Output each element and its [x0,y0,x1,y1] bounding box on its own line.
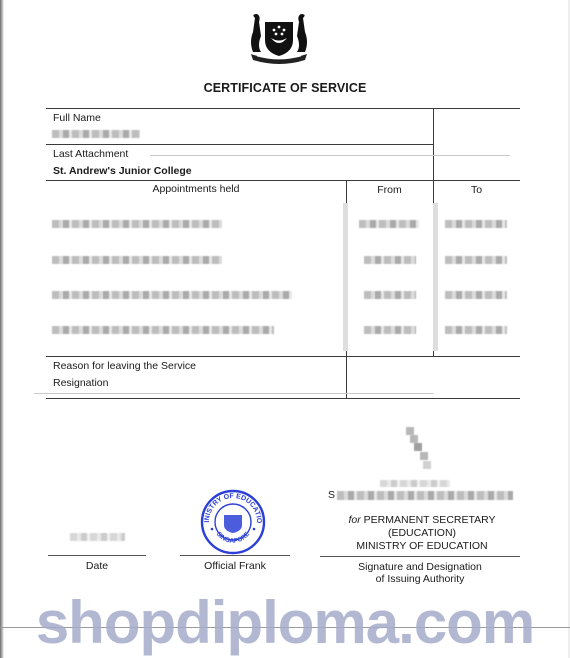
signature-label-line1: Signature and Designation [320,561,520,573]
date-value-redacted [70,533,125,541]
ministry-of-education-stamp-icon: MINISTRY OF EDUCATION SINGAPORE [200,489,266,555]
signature-label-line2: of Issuing Authority [320,573,520,585]
signatory-initial: S [328,489,335,501]
signature-redacted [420,452,428,460]
header-top-border [46,180,520,181]
signatory-department: (EDUCATION) [320,527,524,539]
frank-line [180,555,290,556]
scan-smear [34,393,434,394]
to-redacted [445,256,507,264]
from-redacted [364,291,416,299]
from-redacted [364,326,416,334]
scan-shade [433,203,438,351]
signature-redacted [410,435,418,443]
signatory-ministry: MINISTRY OF EDUCATION [320,540,524,552]
reason-label: Reason for leaving the Service [53,360,196,372]
date-line [48,555,146,556]
official-frank-label: Official Frank [180,560,290,572]
signature-redacted [423,461,431,469]
last-attachment-value: St. Andrew's Junior College [53,165,192,177]
reason-value: Resignation [53,377,108,389]
last-attachment-label: Last Attachment [53,148,128,160]
header-to: To [433,184,520,196]
full-name-value-redacted [52,130,140,138]
appointment-redacted [52,220,222,228]
signatory-title: PERMANENT SECRETARY [364,514,496,526]
to-redacted [445,291,507,299]
rows-bottom-border [46,356,520,357]
name-divider [46,144,433,145]
signature-line [320,556,520,557]
scan-shade [343,203,348,351]
signatory-name-top-redacted [380,480,450,487]
to-redacted [445,326,507,334]
page-edge-shadow [0,0,4,658]
signature-redacted [406,427,414,435]
scan-smear [150,155,510,156]
table-bottom-border [46,398,520,399]
date-label: Date [48,560,146,572]
signatory-for-italic: for [348,514,360,526]
singapore-coat-of-arms-icon [247,12,311,64]
to-redacted [445,220,507,228]
header-appointments: Appointments held [46,183,346,195]
header-from: From [346,184,433,196]
signatory-name-redacted [337,491,513,500]
table-top-border [46,108,520,109]
table-divider-right [433,108,434,180]
from-redacted [359,220,419,228]
document-title: CERTIFICATE OF SERVICE [0,81,570,95]
watermark-text: shopdiploma.com [0,588,570,657]
signature-redacted [414,443,422,451]
signatory-for-line: for PERMANENT SECRETARY [320,514,524,526]
appointment-redacted [52,326,274,334]
appointment-redacted [52,256,222,264]
from-redacted [364,256,416,264]
full-name-label: Full Name [53,112,101,124]
appointment-redacted [52,291,292,299]
